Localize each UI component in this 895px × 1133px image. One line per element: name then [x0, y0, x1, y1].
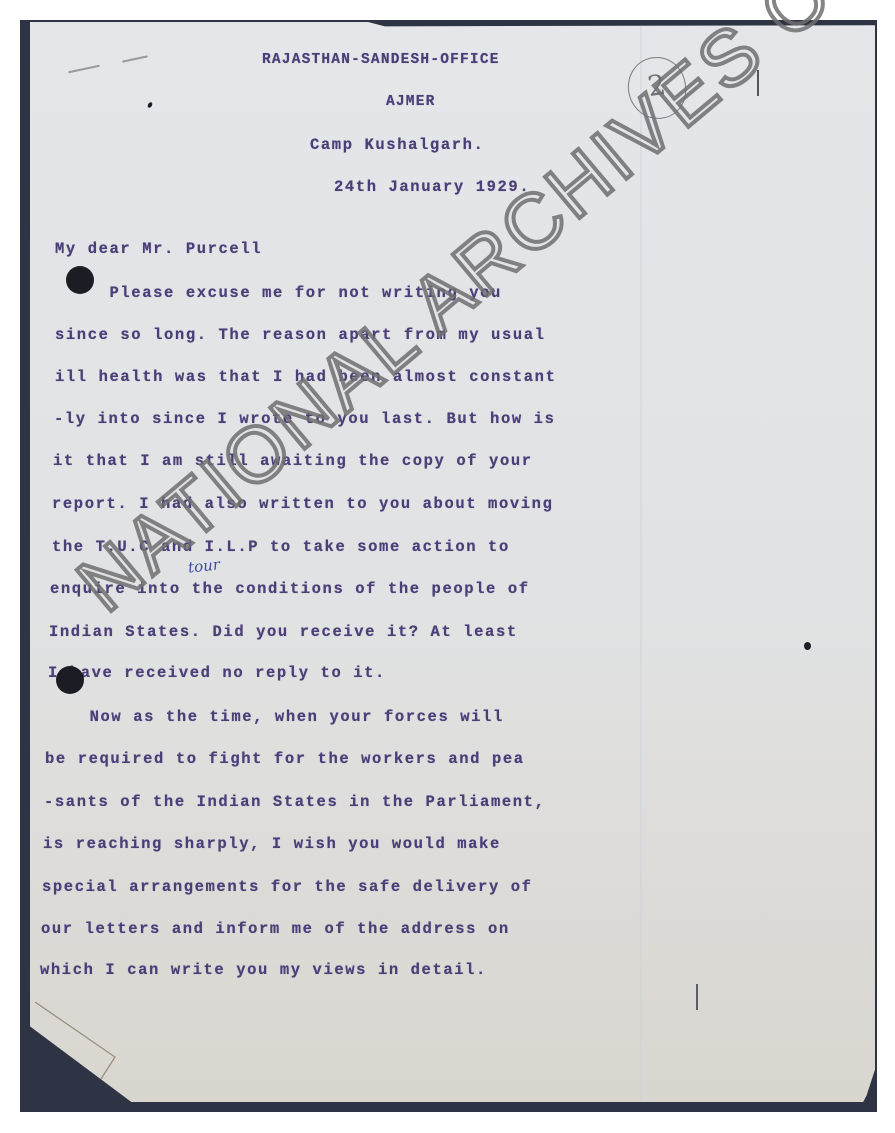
salutation: My dear Mr. Purcell — [55, 240, 262, 258]
letterhead-office: RAJASTHAN-SANDESH-OFFICE — [262, 52, 500, 68]
punch-hole-top — [66, 266, 94, 294]
letterhead-camp: Camp Kushalgarh. — [310, 136, 484, 154]
ink-speck — [804, 642, 811, 650]
body-line: is reaching sharply, I wish you would ma… — [43, 835, 501, 853]
body-line: -sants of the Indian States in the Parli… — [44, 793, 545, 811]
body-line: special arrangements for the safe delive… — [42, 878, 533, 896]
body-line: which I can write you my views in detail… — [40, 961, 487, 979]
punch-hole-bottom — [56, 666, 84, 694]
letterhead-city: AJMER — [386, 94, 436, 110]
body-line: I have received no reply to it. — [48, 664, 386, 682]
body-line: our letters and inform me of the address… — [41, 920, 510, 938]
body-line: Now as the time, when your forces will — [46, 708, 504, 726]
pencil-tick-mark-bottom — [696, 984, 698, 1010]
body-line: be required to fight for the workers and… — [45, 750, 525, 768]
